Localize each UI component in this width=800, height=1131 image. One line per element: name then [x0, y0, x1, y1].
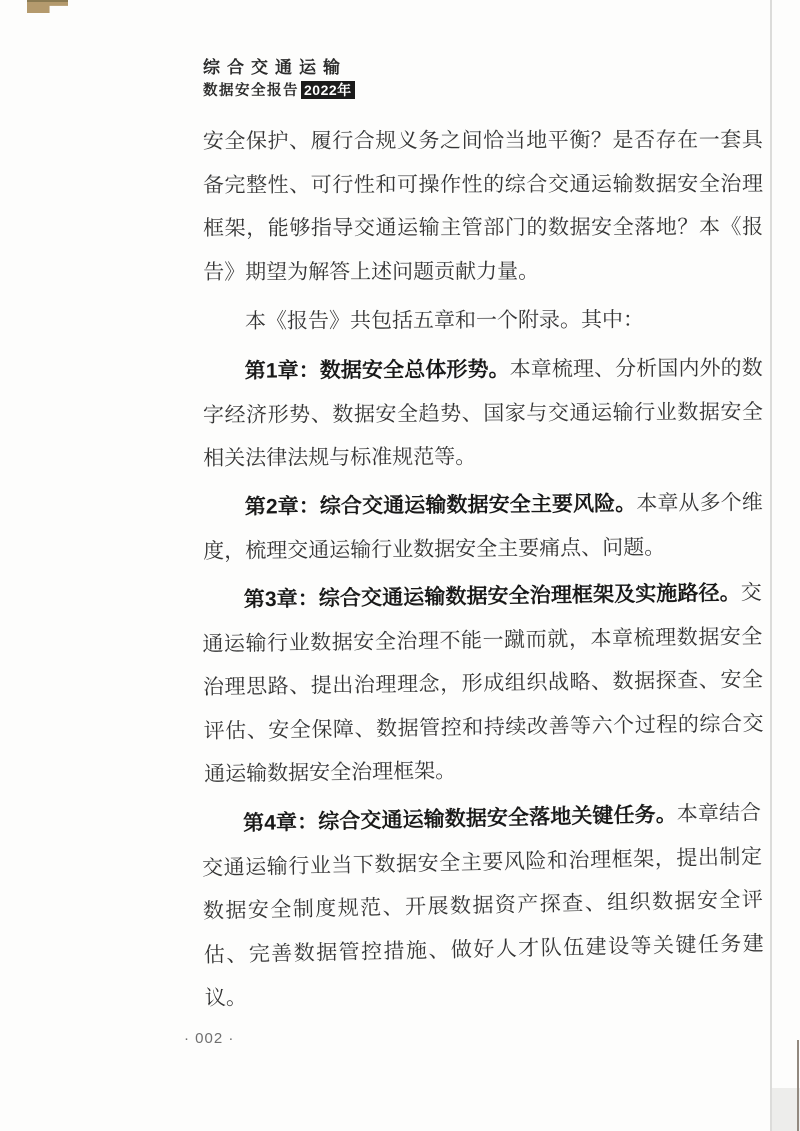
paragraph-overview: 本《报告》共包括五章和一个附录。其中：: [203, 298, 763, 343]
report-logo: 综合交通运输 数据安全报告 2022年: [203, 58, 355, 100]
paragraph-chapter-4: 第4章：综合交通运输数据安全落地关键任务。本章结合交通运输行业当下数据安全主要风…: [201, 791, 765, 1020]
logo-title-line: 综合交通运输: [203, 58, 355, 78]
paragraph-chapter-1: 第1章：数据安全总体形势。本章梳理、分析国内外的数字经济形势、数据安全趋势、国家…: [203, 346, 764, 480]
logo-year-badge: 2022年: [301, 81, 355, 99]
chapter-1-heading: 第1章：数据安全总体形势。: [245, 358, 510, 383]
logo-subtitle-line: 数据安全报告 2022年: [203, 79, 355, 100]
paragraph-chapter-2: 第2章：综合交通运输数据安全主要风险。本章从多个维度，梳理交通运输行业数据安全主…: [203, 481, 764, 573]
scan-corner-shade: [772, 1088, 800, 1131]
chapter-2-heading: 第2章：综合交通运输数据安全主要风险。: [245, 492, 637, 518]
scan-edge-dark-line: [797, 1040, 799, 1131]
page-number: · 002 ·: [184, 1030, 234, 1047]
paragraph-intro-continuation: 安全保护、履行合规义务之间恰当地平衡？是否存在一套具备完整性、可行性和可操作性的…: [203, 119, 763, 294]
corner-bookmark-artifact: [27, 0, 68, 13]
paragraph-chapter-3: 第3章：综合交通运输数据安全治理框架及实施路径。交通运输行业数据安全治理不能一蹴…: [201, 571, 764, 796]
scanned-document-page: 综合交通运输 数据安全报告 2022年 安全保护、履行合规义务之间恰当地平衡？是…: [0, 0, 800, 1131]
logo-subtitle-text: 数据安全报告: [203, 79, 299, 100]
chapter-3-heading: 第3章：综合交通运输数据安全治理框架及实施路径。: [244, 581, 741, 611]
chapter-3-body: 交通运输行业数据安全治理不能一蹴而就，本章梳理数据安全治理思路、提出治理理念，形…: [202, 580, 763, 786]
page-body-text: 安全保护、履行合规义务之间恰当地平衡？是否存在一套具备完整性、可行性和可操作性的…: [203, 120, 763, 1026]
scan-edge-line: [770, 0, 772, 1131]
chapter-4-heading: 第4章：综合交通运输数据安全落地关键任务。: [243, 803, 677, 835]
